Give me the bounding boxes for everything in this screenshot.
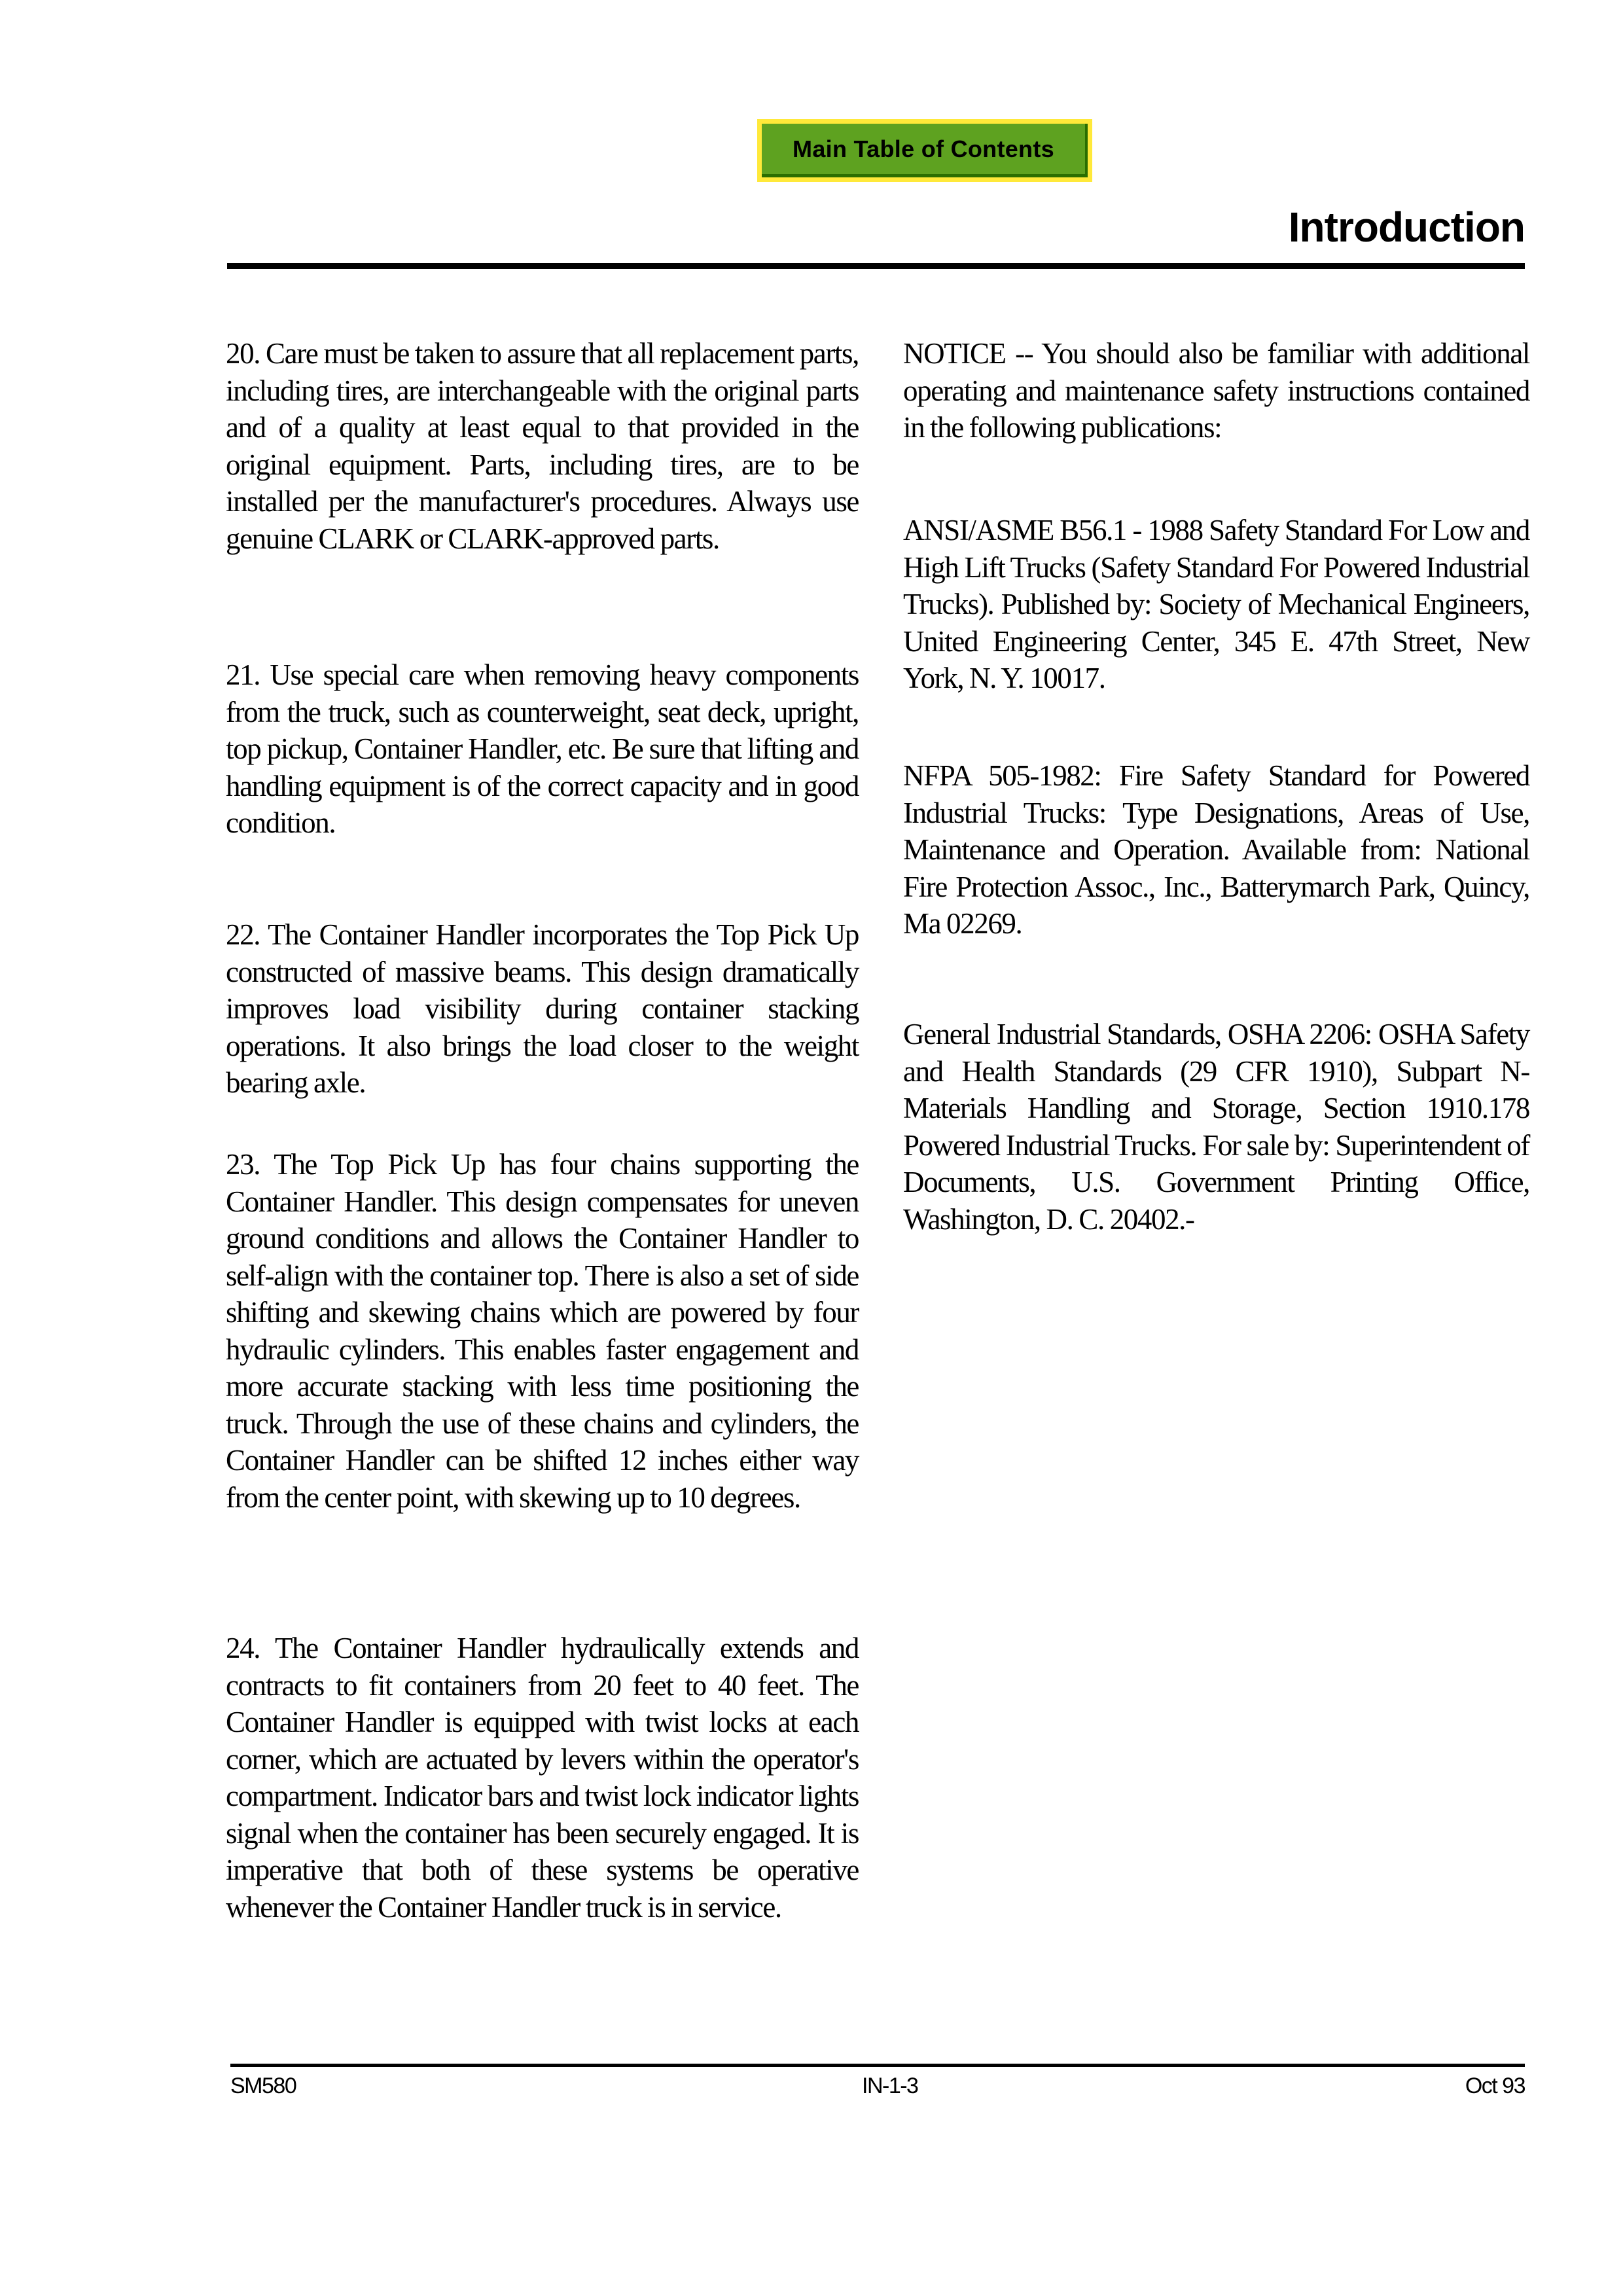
revision-date: Oct 93 (1465, 2075, 1525, 2097)
page-number: IN-1-3 (862, 2075, 918, 2097)
section-title: Introduction (1289, 206, 1525, 248)
paragraph-24: 24. The Container Handler hydraulically … (226, 1630, 859, 1926)
paragraph-21: 21. Use special care when removing heavy… (226, 656, 859, 842)
notice-paragraph: NOTICE -- You should also be familiar wi… (903, 335, 1529, 446)
reference-osha: General Industrial Standards, OSHA 2206:… (903, 1016, 1529, 1238)
reference-ansi-asme: ANSI/ASME B56.1 - 1988 Safety Standard F… (903, 512, 1529, 697)
header-divider (227, 263, 1525, 269)
paragraph-23: 23. The Top Pick Up has four chains supp… (226, 1146, 859, 1516)
main-table-of-contents-label[interactable]: Main Table of Contents (762, 124, 1088, 177)
footer-divider (230, 2064, 1525, 2067)
manual-id: SM580 (230, 2075, 296, 2097)
main-table-of-contents-button[interactable]: Main Table of Contents (757, 119, 1092, 182)
paragraph-20: 20. Care must be taken to assure that al… (226, 335, 859, 557)
paragraph-22: 22. The Container Handler incorporates t… (226, 916, 859, 1102)
reference-nfpa: NFPA 505-1982: Fire Safety Standard for … (903, 757, 1529, 942)
